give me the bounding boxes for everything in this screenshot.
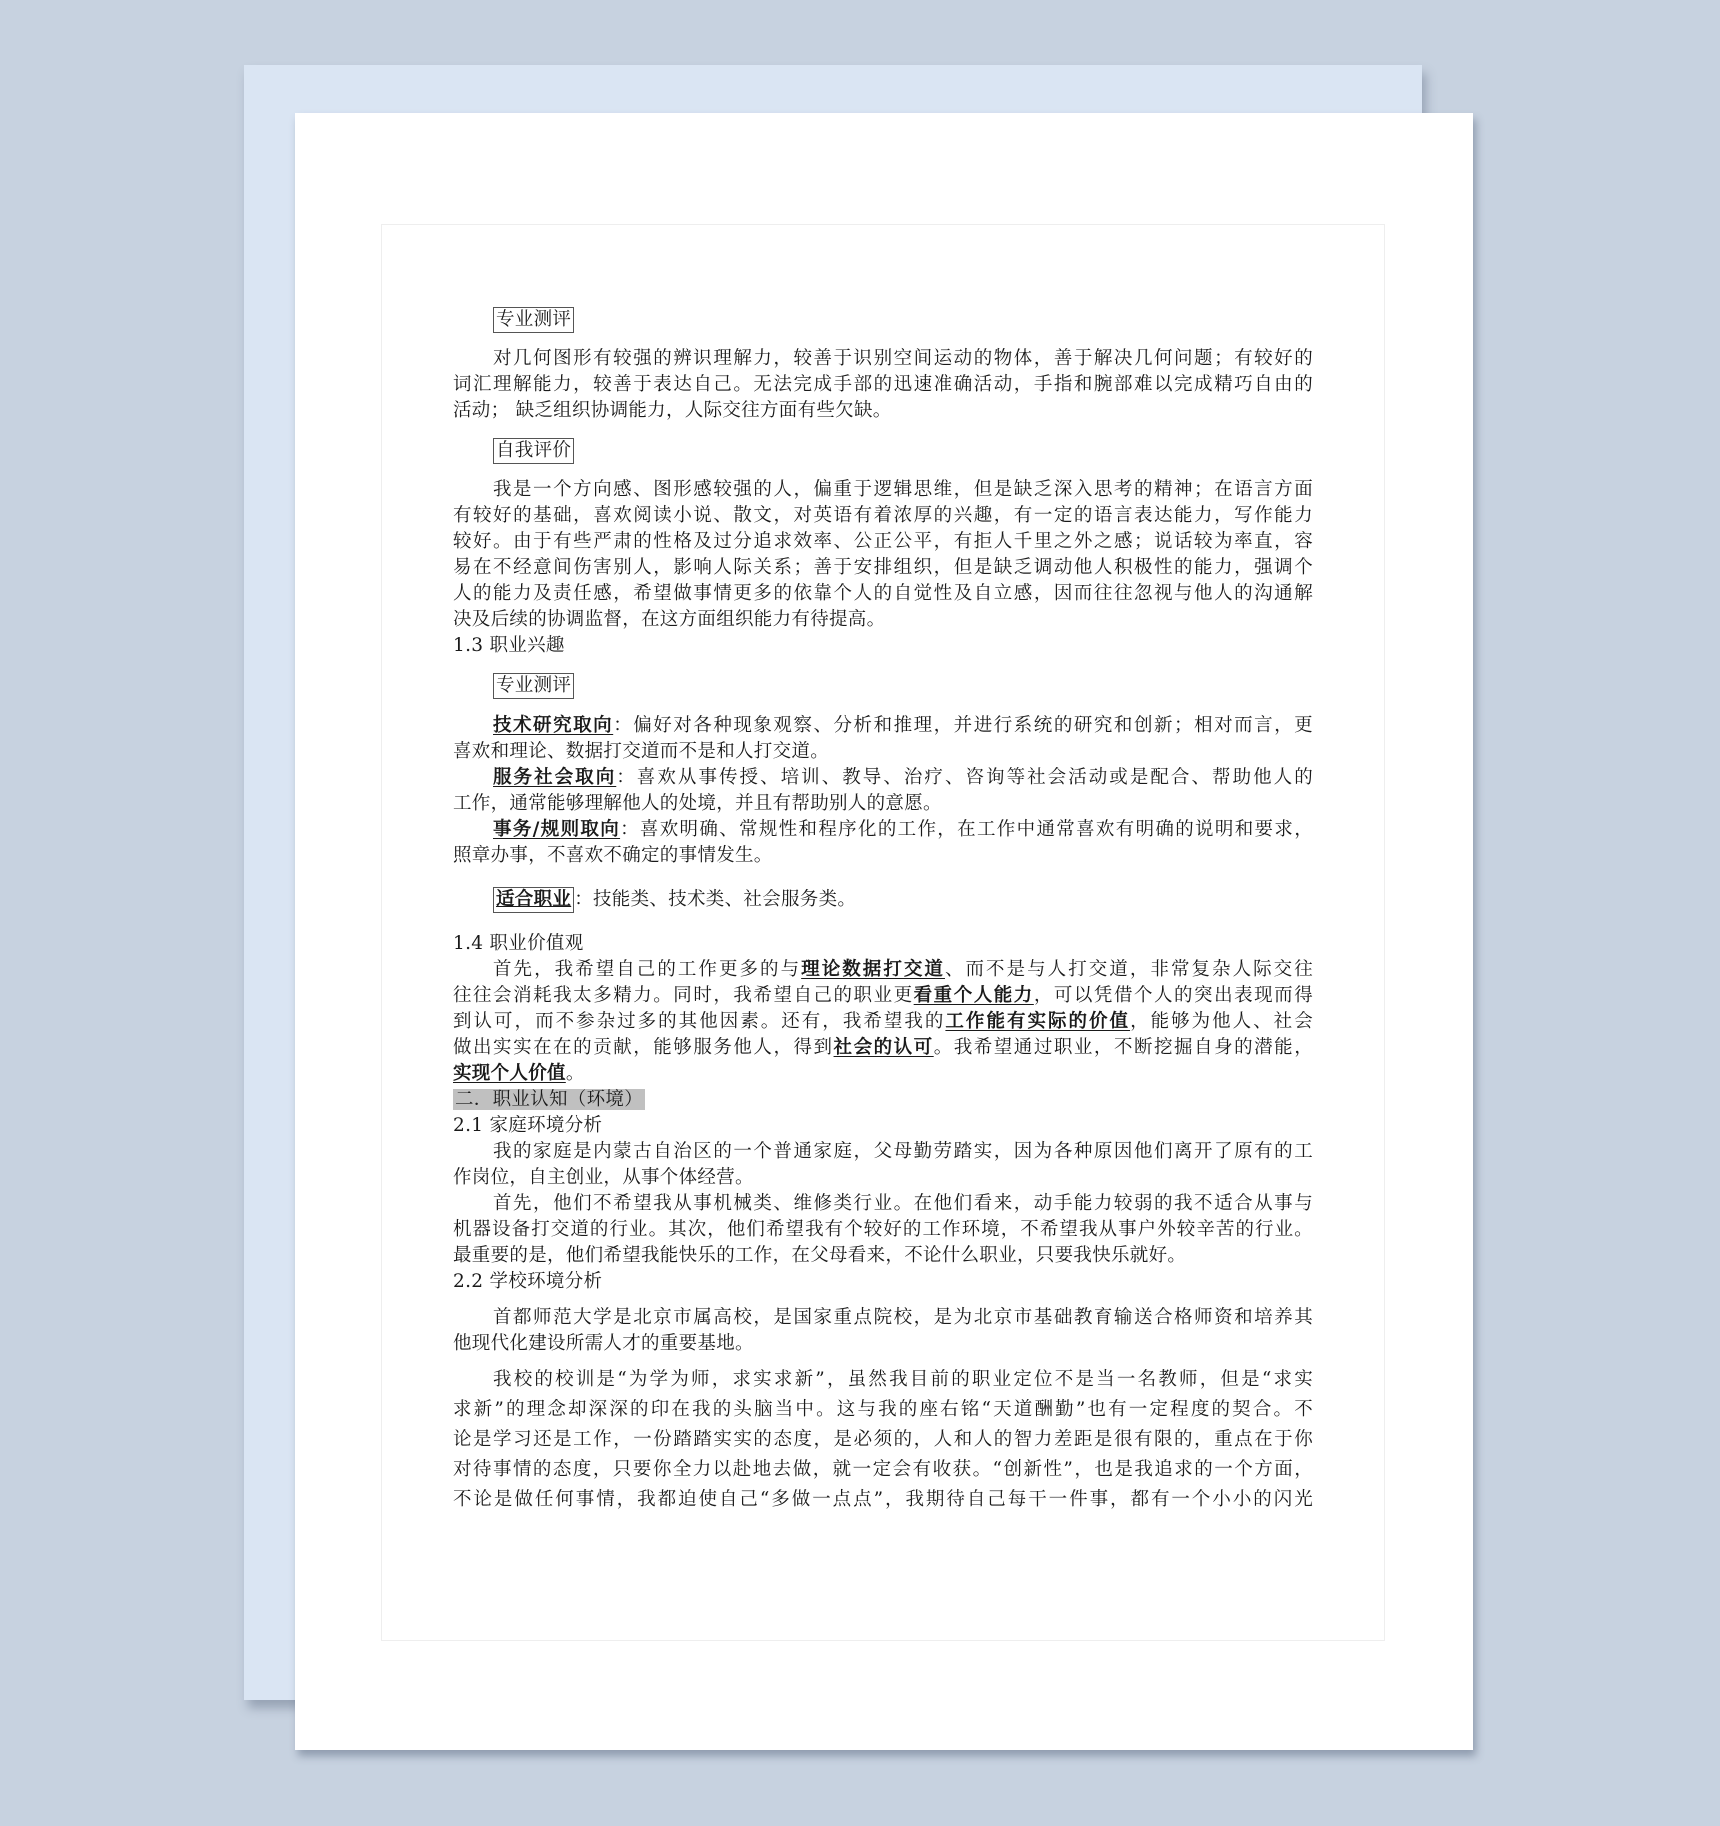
heading-2-2: 2.2 学校环境分析 [453,1269,602,1295]
paragraph-line: 决及后续的协调监督，在这方面组织能力有待提高。 [453,607,885,633]
orientation-social-service: 服务社会取向：喜欢从事传授、培训、教导、治疗、咨询等社会活动或是配合、帮助他人的 [493,765,1313,791]
paragraph-line: 最重要的是，他们希望我能快乐的工作，在父母看来，不论什么职业，只要我快乐就好。 [453,1243,1186,1269]
paragraph-line: 首先，我希望自己的工作更多的与理论数据打交道、而不是与人打交道，非常复杂人际交往 [493,957,1313,983]
paragraph-line: 人的能力及责任感，希望做事情更多的依靠个人的自觉性及自立感，因而往往忽视与他人的… [453,581,1313,607]
paragraph-line: 词汇理解能力，较善于表达自己。无法完成手部的迅速准确活动，手指和腕部难以完成精巧… [453,372,1313,398]
orientation-technical: 技术研究取向：偏好对各种现象观察、分析和推理，并进行系统的研究和创新；相对而言，… [493,713,1313,739]
paragraph-line: 往往会消耗我太多精力。同时，我希望自己的职业更看重个人能力，可以凭借个人的突出表… [453,983,1313,1009]
paragraph-line: 不论是做任何事情，我都迫使自己“多做一点点”，我期待自己每干一件事，都有一个小小… [453,1487,1313,1513]
paragraph-line: 作岗位，自主创业，从事个体经营。 [453,1165,754,1191]
paragraph-line: 活动； 缺乏组织协调能力，人际交往方面有些欠缺。 [453,398,892,424]
paragraph-line: 我的家庭是内蒙古自治区的一个普通家庭，父母勤劳踏实，因为各种原因他们离开了原有的… [493,1139,1313,1165]
paragraph-line: 喜欢和理论、数据打交道而不是和人打交道。 [453,739,829,765]
paragraph-line: 实现个人价值。 [453,1061,585,1087]
paragraph-line: 照章办事，不喜欢不确定的事情发生。 [453,843,773,869]
heading-1-3: 1.3 职业兴趣 [453,633,565,659]
paragraph-line: 对待事情的态度，只要你全力以赴地去做，就一定会有收获。“创新性”，也是我追求的一… [453,1457,1313,1483]
orientation-conventional: 事务/规则取向：喜欢明确、常规性和程序化的工作，在工作中通常喜欢有明确的说明和要… [493,817,1313,843]
section-label-self-evaluation: 自我评价 [493,438,574,464]
paragraph-line: 我校的校训是“为学为师，求实求新”，虽然我目前的职业定位不是当一名教师，但是“求… [493,1367,1313,1393]
paragraph-line: 我是一个方向感、图形感较强的人，偏重于逻辑思维，但是缺乏深入思考的精神；在语言方… [493,477,1313,503]
paragraph-line: 有较好的基础，喜欢阅读小说、散文，对英语有着浓厚的兴趣，有一定的语言表达能力，写… [453,503,1313,529]
paragraph-line: 首先，他们不希望我从事机械类、维修类行业。在他们看来，动手能力较弱的我不适合从事… [493,1191,1313,1217]
paragraph-line: 到认可，而不参杂过多的其他因素。还有，我希望我的工作能有实际的价值，能够为他人、… [453,1009,1313,1035]
paragraph-line: 求新”的理念却深深的印在我的头脑当中。这与我的座右铭“天道酬勤”也有一定程度的契… [453,1397,1313,1423]
paragraph-line: 较好。由于有些严肃的性格及过分追求效率、公正公平，有拒人千里之外之感；说话较为率… [453,529,1313,555]
section-label-professional-assessment: 专业测评 [493,307,574,333]
heading-1-4: 1.4 职业价值观 [453,931,584,957]
paragraph-line: 易在不经意间伤害别人，影响人际关系；善于安排组织，但是缺乏调动他人积极性的能力，… [453,555,1313,581]
paragraph-line: 对几何图形有较强的辨识理解力，较善于识别空间运动的物体，善于解决几何问题；有较好… [493,346,1313,372]
paragraph-line: 首都师范大学是北京市属高校，是国家重点院校，是为北京市基础教育输送合格师资和培养… [493,1305,1313,1331]
suitable-careers: 适合职业：技能类、技术类、社会服务类。 [493,887,856,913]
heading-2-1: 2.1 家庭环境分析 [453,1113,602,1139]
paragraph-line: 工作，通常能够理解他人的处境，并且有帮助别人的意愿。 [453,791,942,817]
paragraph-line: 机器设备打交道的行业。其次，他们希望我有个较好的工作环境，不希望我从事户外较辛苦… [453,1217,1313,1243]
heading-2: 二．职业认知（环境） [453,1087,645,1113]
paragraph-line: 他现代化建设所需人才的重要基地。 [453,1331,754,1357]
paragraph-line: 论是学习还是工作，一份踏踏实实的态度，是必须的，人和人的智力差距是很有限的，重点… [453,1427,1313,1453]
section-label-professional-assessment-2: 专业测评 [493,673,574,699]
document-page: 专业测评 对几何图形有较强的辨识理解力，较善于识别空间运动的物体，善于解决几何问… [295,113,1473,1750]
paragraph-line: 做出实实在在的贡献，能够服务他人，得到社会的认可。我希望通过职业，不断挖掘自身的… [453,1035,1313,1061]
